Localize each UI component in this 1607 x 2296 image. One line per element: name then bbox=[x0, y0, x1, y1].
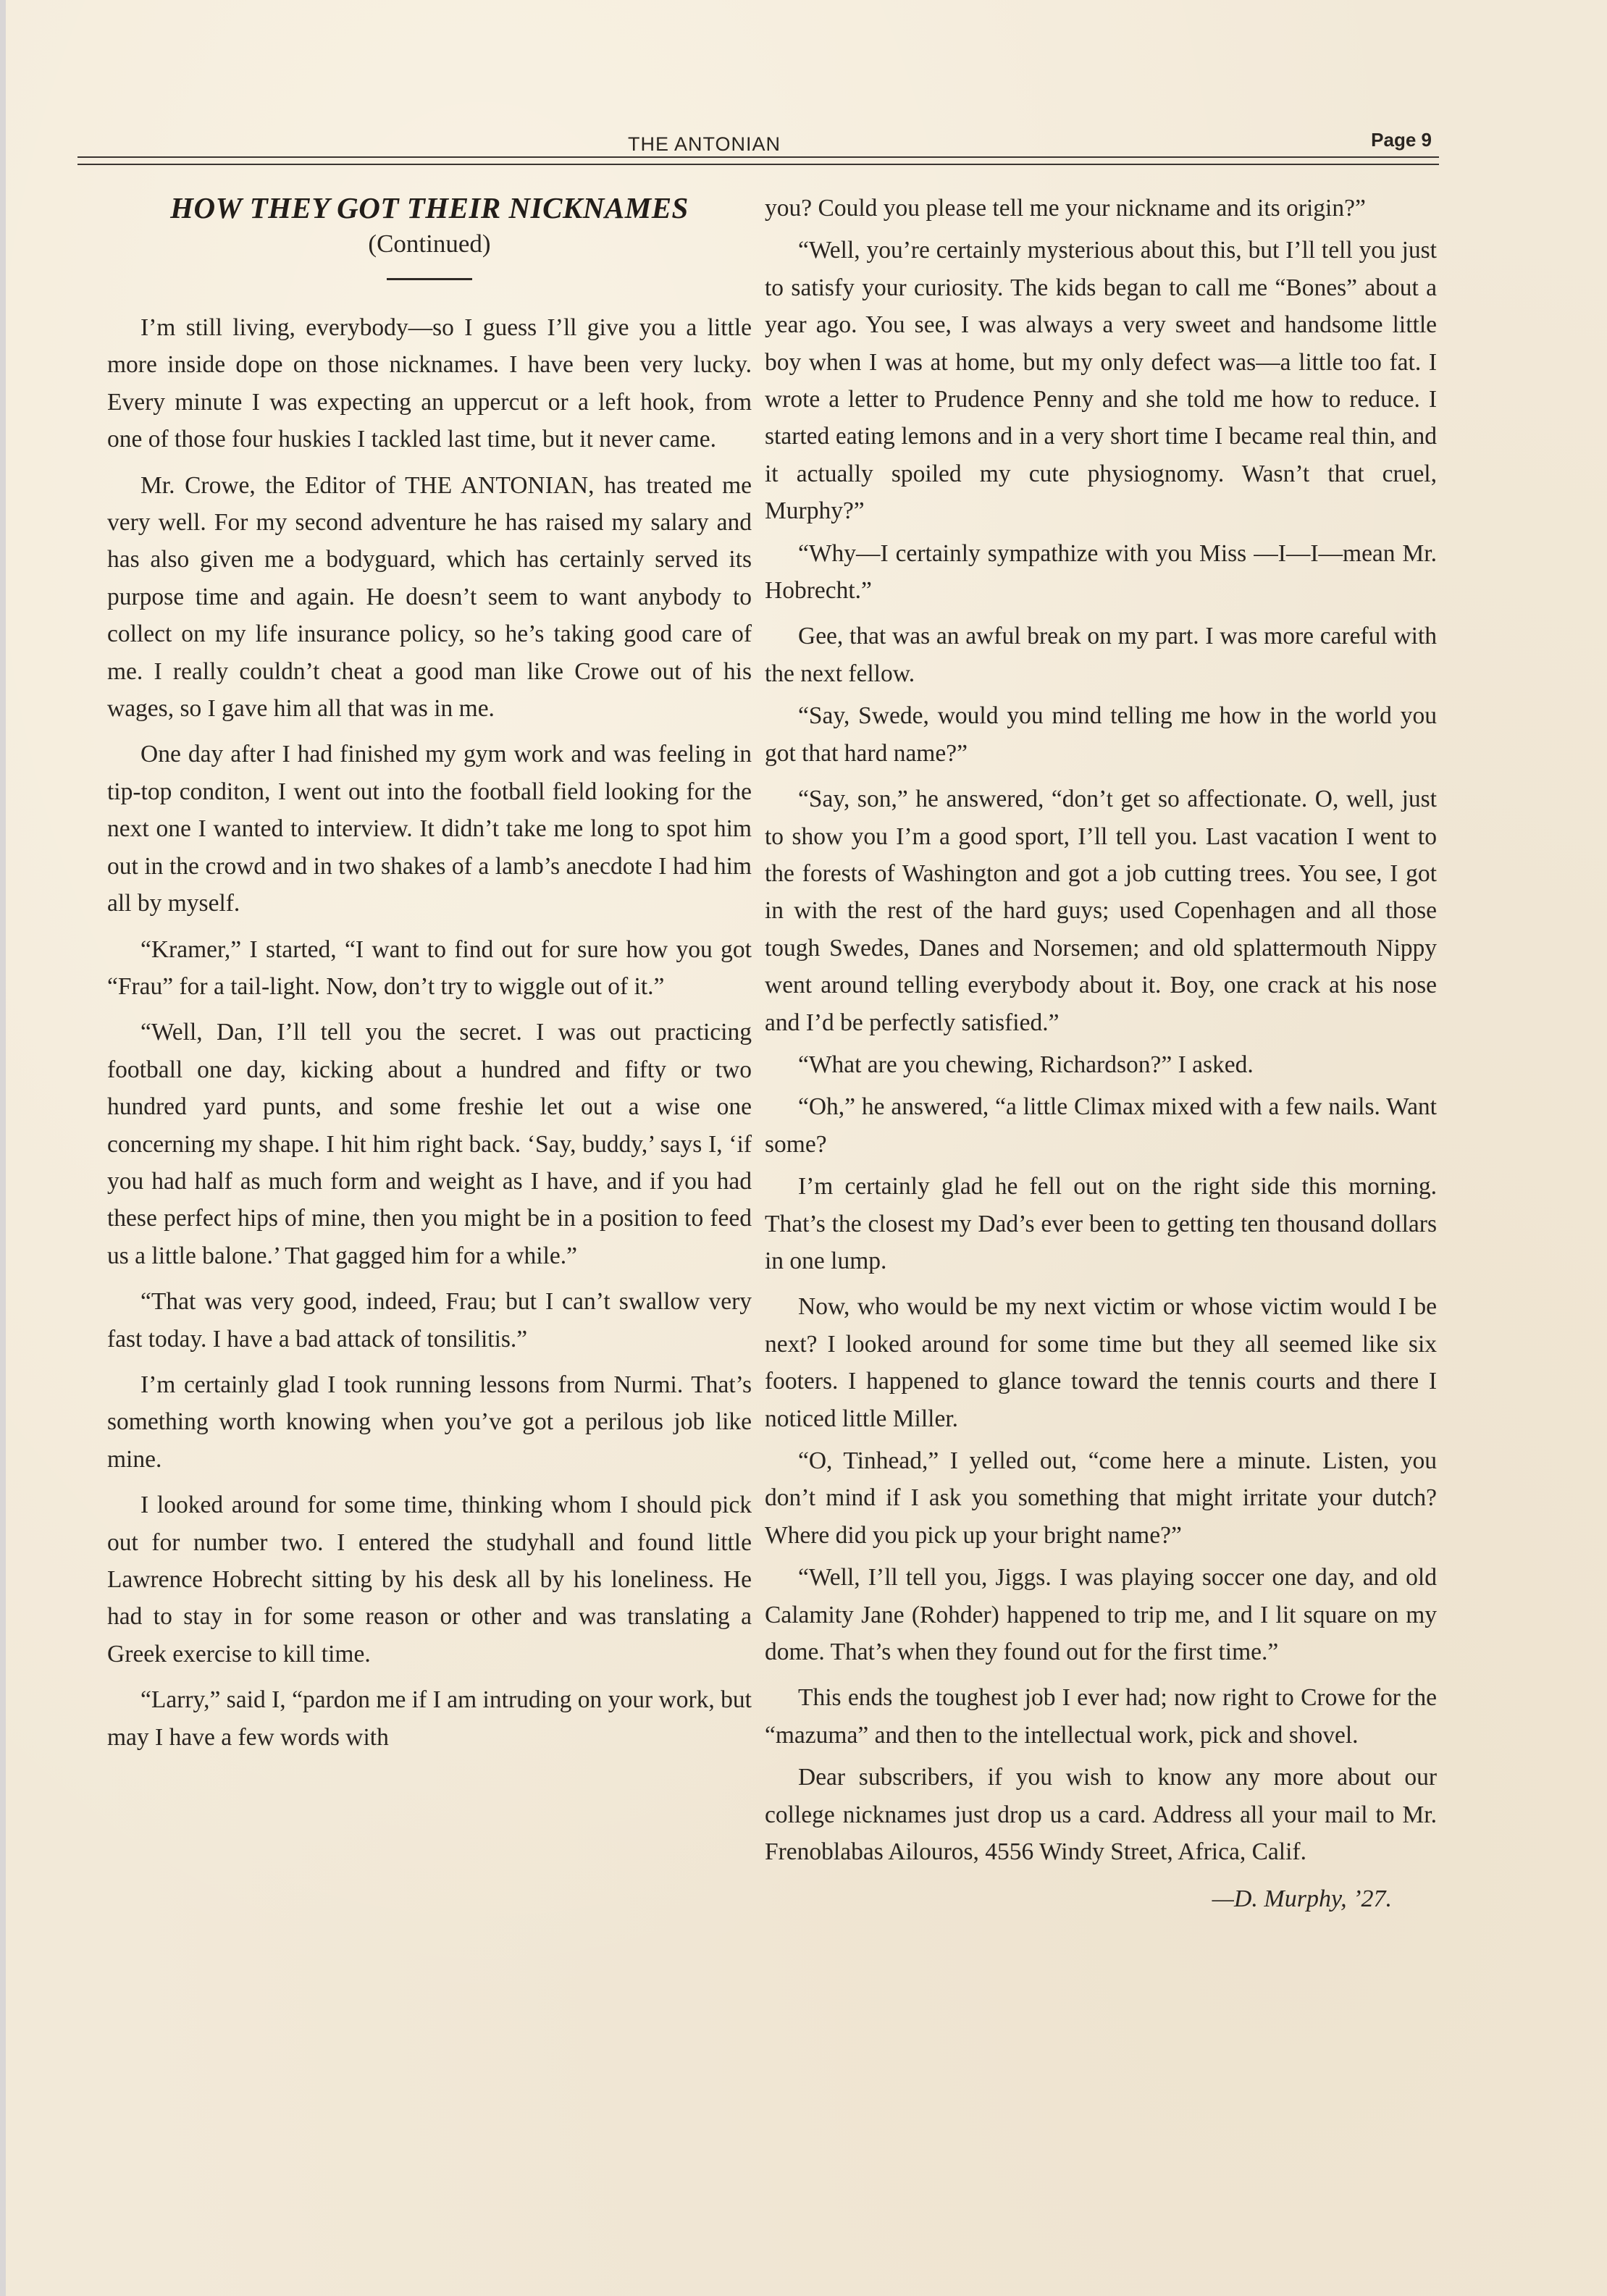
article-title: HOW THEY GOT THEIR NICKNAMES bbox=[107, 190, 752, 226]
paragraph: “Well, I’ll tell you, Jiggs. I was playi… bbox=[765, 1559, 1437, 1670]
title-divider bbox=[387, 278, 472, 280]
left-column: HOW THEY GOT THEIR NICKNAMES (Continued)… bbox=[107, 190, 752, 1761]
paragraph: “Well, Dan, I’ll tell you the secret. I … bbox=[107, 1014, 752, 1274]
paragraph: “Well, you’re certainly mysterious about… bbox=[765, 232, 1437, 529]
paragraph: Dear subscribers, if you wish to know an… bbox=[765, 1759, 1437, 1870]
paragraph: I’m certainly glad he fell out on the ri… bbox=[765, 1168, 1437, 1279]
article-subtitle: (Continued) bbox=[107, 226, 752, 262]
paragraph: “That was very good, indeed, Frau; but I… bbox=[107, 1283, 752, 1358]
paragraph: “Say, Swede, would you mind telling me h… bbox=[765, 697, 1437, 772]
paragraph: “Say, son,” he answered, “don’t get so a… bbox=[765, 781, 1437, 1041]
paragraph: Gee, that was an awful break on my part.… bbox=[765, 618, 1437, 692]
paragraph: “Larry,” said I, “pardon me if I am intr… bbox=[107, 1681, 752, 1756]
paragraph: One day after I had finished my gym work… bbox=[107, 736, 752, 922]
author-byline: —D. Murphy, ’27. bbox=[765, 1880, 1437, 1917]
header-rule-top bbox=[77, 156, 1439, 158]
running-header: THE ANTONIAN Page 9 bbox=[77, 127, 1446, 171]
scan-edge bbox=[0, 0, 6, 2296]
paragraph: Mr. Crowe, the Editor of THE ANTONIAN, h… bbox=[107, 467, 752, 728]
paragraph: “O, Tinhead,” I yelled out, “come here a… bbox=[765, 1442, 1437, 1554]
paragraph: “What are you chewing, Richardson?” I as… bbox=[765, 1046, 1437, 1083]
paragraph: This ends the toughest job I ever had; n… bbox=[765, 1679, 1437, 1754]
right-column: you? Could you please tell me your nickn… bbox=[765, 190, 1437, 1918]
paragraph: “Oh,” he answered, “a little Climax mixe… bbox=[765, 1088, 1437, 1163]
paragraph: I looked around for some time, thinking … bbox=[107, 1486, 752, 1673]
header-rule-bottom bbox=[77, 164, 1439, 165]
paragraph: “Why—I certainly sympathize with you Mis… bbox=[765, 535, 1437, 610]
paragraph: I’m certainly glad I took running lesson… bbox=[107, 1366, 752, 1478]
paragraph: Now, who would be my next victim or whos… bbox=[765, 1288, 1437, 1437]
page-number: Page 9 bbox=[1371, 129, 1432, 151]
publication-name: THE ANTONIAN bbox=[628, 133, 781, 156]
paragraph: I’m still living, everybody—so I guess I… bbox=[107, 309, 752, 458]
paragraph: “Kramer,” I started, “I want to find out… bbox=[107, 931, 752, 1006]
paragraph-continued: you? Could you please tell me your nickn… bbox=[765, 190, 1437, 227]
